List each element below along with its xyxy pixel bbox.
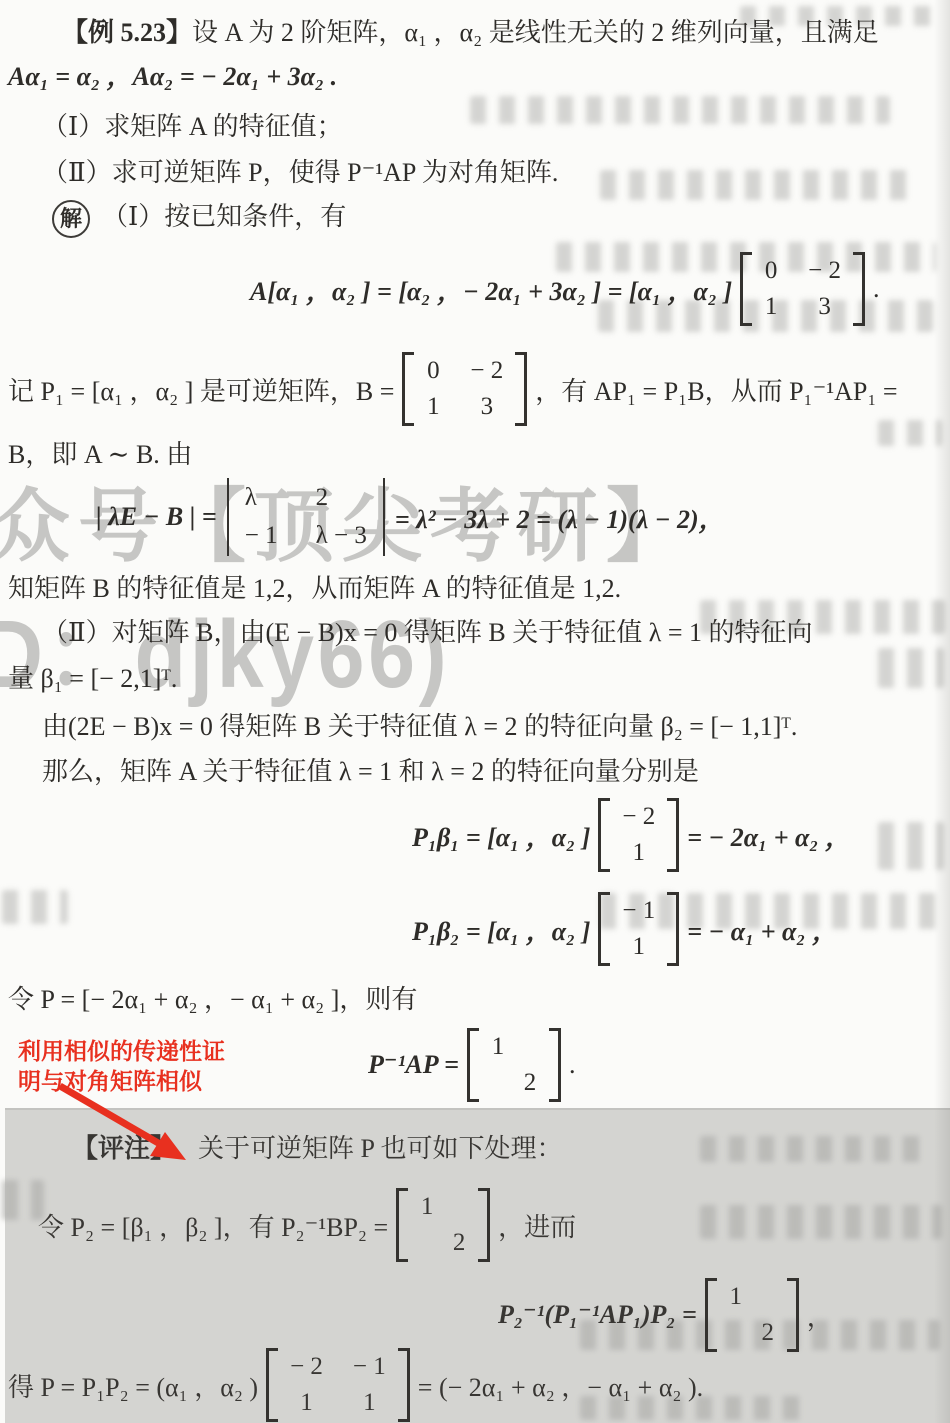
solution-badge: 解 xyxy=(52,200,90,238)
matrix-cell: 1 xyxy=(420,1193,434,1221)
det-post: = λ² − 3λ + 2 = (λ − 1)(λ − 2)， xyxy=(395,499,725,536)
matrix-cell-empty xyxy=(452,1193,466,1221)
diagonal-matrix: 1 2 xyxy=(396,1188,490,1262)
beta2-line: 由(2E − B)x = 0 得矩阵 B 关于特征值 λ = 2 的特征向量 β… xyxy=(42,710,797,744)
right-bracket-icon xyxy=(398,1348,410,1422)
matrix-cell: 0 xyxy=(426,357,440,385)
p1beta1-formula: P₁β₁ = [α₁ ，α₂ ] − 2 1 = − 2α₁ + α₂ ， xyxy=(412,798,851,872)
diag-pre: P⁻¹AP = xyxy=(368,1050,459,1080)
p1beta1-post: = − 2α₁ + α₂ ， xyxy=(687,817,851,854)
diag-post: . xyxy=(569,1050,576,1080)
matrix-cell-empty xyxy=(523,1033,537,1061)
matrix-B-inline: 0 − 2 1 3 xyxy=(402,352,527,426)
vector-cell: 1 xyxy=(632,933,646,961)
det-cell: − 1 xyxy=(245,522,278,550)
p1-definition-line: 记 P₁ = [α₁ ，α₂ ] 是可逆矩阵，B = 0 − 2 1 3 ，有 … xyxy=(8,352,898,426)
vector-cell: − 2 xyxy=(622,803,655,831)
bleed-through-ghost xyxy=(700,1136,930,1162)
matrix-cell: 2 xyxy=(523,1069,537,1097)
solution-step1-text: （Ⅰ）按已知条件，有 xyxy=(102,202,346,231)
remark-final-post: = (− 2α₁ + α₂ ，− α₁ + α₂ ). xyxy=(418,1367,703,1404)
matrix-cell: 2 xyxy=(761,1319,775,1347)
diagonal-result-formula: P⁻¹AP = 1 2 . xyxy=(368,1028,575,1102)
matrix-cell-empty xyxy=(761,1283,775,1311)
p1beta2-formula: P₁β₂ = [α₁ ，α₂ ] − 1 1 = − α₁ + α₂ ， xyxy=(412,892,838,966)
bleed-through-ghost xyxy=(470,96,890,124)
determinant: λ 2 − 1 λ − 3 xyxy=(227,478,385,556)
example-statement-2: Aα₁ = α₂ ，Aα₂ = − 2α₁ + 3α₂ . xyxy=(8,60,337,94)
question-part1: （Ⅰ）求矩阵 A 的特征值； xyxy=(42,110,343,144)
part2-step1: （Ⅱ）对矩阵 B，由(E − B)x = 0 得矩阵 B 关于特征值 λ = 1… xyxy=(42,616,813,650)
left-bracket-icon xyxy=(740,252,752,326)
bleed-through-ghost xyxy=(700,1205,942,1239)
left-bracket-icon xyxy=(266,1348,278,1422)
left-bracket-icon xyxy=(598,798,610,872)
right-bracket-icon xyxy=(515,352,527,426)
vector-cell: 1 xyxy=(632,839,646,867)
beta1-line: 量 β₁ = [− 2,1]ᵀ. xyxy=(8,662,177,696)
diagonal-matrix: 1 2 xyxy=(467,1028,561,1102)
p1-def-post: ，有 AP₁ = P₁B，从而 P₁⁻¹AP₁ = xyxy=(535,371,897,408)
left-bracket-icon xyxy=(467,1028,479,1102)
matrix-cell: 1 xyxy=(764,293,778,321)
characteristic-polynomial-formula: | λE − B | = λ 2 − 1 λ − 3 = λ² − 3λ + 2… xyxy=(96,478,725,556)
matrix-cell: − 2 xyxy=(290,1353,323,1381)
column-vector-beta2: − 1 1 xyxy=(598,892,679,966)
column-vector-beta1: − 2 1 xyxy=(598,798,679,872)
matrix-B: 0 − 2 1 3 xyxy=(740,252,865,326)
right-bracket-icon xyxy=(853,252,865,326)
p1beta2-pre: P₁β₂ = [α₁ ，α₂ ] xyxy=(412,911,590,948)
matrix-cell: 3 xyxy=(818,293,832,321)
formula-A-alpha: A[α₁ ，α₂ ] = [α₂ ，− 2α₁ + 3α₂ ] = [α₁ ，α… xyxy=(250,252,880,326)
p1beta1-pre: P₁β₁ = [α₁ ，α₂ ] xyxy=(412,817,590,854)
matrix-cell-empty xyxy=(420,1229,434,1257)
example-label: 【例 5.23】 xyxy=(62,18,192,47)
right-bracket-icon xyxy=(667,892,679,966)
matrix-cell: − 1 xyxy=(353,1353,386,1381)
matrix-cell: 1 xyxy=(426,393,440,421)
question-part2: （Ⅱ）求可逆矩阵 P，使得 P⁻¹AP 为对角矩阵. xyxy=(42,156,558,190)
matrix-P1P2: − 2 − 1 1 1 xyxy=(266,1348,410,1422)
eigenvector-intro: 那么，矩阵 A 关于特征值 λ = 1 和 λ = 2 的特征向量分别是 xyxy=(42,755,699,789)
remark-composite-formula: P₂⁻¹(P₁⁻¹AP₁)P₂ = 1 2 ， xyxy=(498,1278,833,1352)
right-bracket-icon xyxy=(478,1188,490,1262)
remark-composite-post: ， xyxy=(807,1297,833,1334)
left-bracket-icon xyxy=(402,352,414,426)
remark-p2-pre: 令 P₂ = [β₁ ，β₂ ]，有 P₂⁻¹BP₂ = xyxy=(38,1207,388,1244)
matrix-cell: 2 xyxy=(452,1229,466,1257)
remark-composite-pre: P₂⁻¹(P₁⁻¹AP₁)P₂ = xyxy=(498,1300,697,1330)
vector-cell: − 1 xyxy=(622,897,655,925)
det-cell: λ − 3 xyxy=(316,522,367,550)
example-statement-1: 设 A 为 2 阶矩阵，α₁ ，α₂ 是线性无关的 2 维列向量，且满足 xyxy=(192,18,879,47)
similarity-line: B，即 A ∼ B. 由 xyxy=(8,438,192,472)
det-cell: λ xyxy=(245,484,278,512)
page-edge-shade xyxy=(934,0,950,1423)
remark-intro: 关于可逆矩阵 P 也可如下处理： xyxy=(198,1134,563,1163)
p1-def-pre: 记 P₁ = [α₁ ，α₂ ] 是可逆矩阵，B = xyxy=(8,371,394,408)
matrix-cell: − 2 xyxy=(808,257,841,285)
det-cell: 2 xyxy=(316,484,367,512)
formula-A-alpha-pre: A[α₁ ，α₂ ] = [α₂ ，− 2α₁ + 3α₂ ] = [α₁ ，α… xyxy=(250,271,732,308)
matrix-cell: 1 xyxy=(299,1389,313,1417)
define-P-line: 令 P = [− 2α₁ + α₂ ，− α₁ + α₂ ]，则有 xyxy=(8,983,417,1017)
remark-final-line: 得 P = P₁P₂ = (α₁ ，α₂ ) − 2 − 1 1 1 = (− … xyxy=(8,1348,703,1422)
p1beta2-post: = − α₁ + α₂ ， xyxy=(687,911,838,948)
remark-p2-line: 令 P₂ = [β₁ ，β₂ ]，有 P₂⁻¹BP₂ = 1 2 ，进而 xyxy=(38,1188,576,1262)
right-bracket-icon xyxy=(787,1278,799,1352)
example-heading-line: 【例 5.23】设 A 为 2 阶矩阵，α₁ ，α₂ 是线性无关的 2 维列向量… xyxy=(62,16,879,50)
eigenvalues-conclusion: 知矩阵 B 的特征值是 1,2，从而矩阵 A 的特征值是 1,2. xyxy=(8,572,621,606)
matrix-cell: 3 xyxy=(480,393,494,421)
left-bracket-icon xyxy=(705,1278,717,1352)
matrix-cell: 0 xyxy=(764,257,778,285)
det-pre: | λE − B | = xyxy=(96,502,217,532)
margin-annotation-line1: 利用相似的传递性证 xyxy=(18,1036,225,1066)
left-bracket-icon xyxy=(396,1188,408,1262)
matrix-cell-empty xyxy=(729,1319,743,1347)
solution-heading-line: 解（Ⅰ）按已知条件，有 xyxy=(52,200,346,238)
red-arrow-icon xyxy=(46,1080,216,1180)
formula-A-alpha-post: . xyxy=(873,274,880,304)
matrix-cell-empty xyxy=(491,1069,505,1097)
remark-final-pre: 得 P = P₁P₂ = (α₁ ，α₂ ) xyxy=(8,1367,258,1404)
matrix-cell: 1 xyxy=(491,1033,505,1061)
diagonal-matrix: 1 2 xyxy=(705,1278,799,1352)
bleed-through-ghost xyxy=(600,170,910,200)
matrix-cell: 1 xyxy=(362,1389,376,1417)
left-bracket-icon xyxy=(598,892,610,966)
bleed-through-ghost xyxy=(2,890,68,924)
right-bracket-icon xyxy=(667,798,679,872)
right-bracket-icon xyxy=(549,1028,561,1102)
remark-p2-post: ，进而 xyxy=(498,1207,576,1244)
textbook-page: 众号【顶尖考研】 D：djky66) 【例 5.23】设 A 为 2 阶矩阵，α… xyxy=(0,0,950,1423)
matrix-cell: 1 xyxy=(729,1283,743,1311)
matrix-cell: − 2 xyxy=(470,357,503,385)
